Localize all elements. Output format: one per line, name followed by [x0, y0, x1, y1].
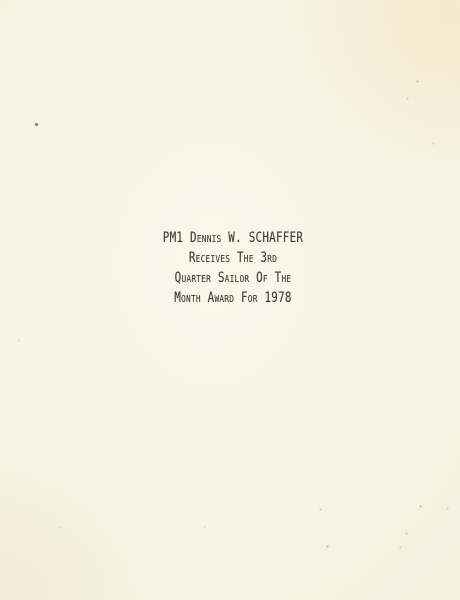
caption-line-4: Month Award For 1978 — [54, 288, 413, 308]
paper-specks — [0, 0, 1, 1]
photo-caption: PM1 Dennis W. SCHAFFER Receives The 3rd … — [54, 228, 413, 308]
caption-line-1: PM1 Dennis W. SCHAFFER — [54, 228, 413, 248]
caption-line-3: Quarter Sailor Of The — [54, 268, 413, 288]
paper-dot — [35, 123, 38, 126]
album-page: PM1 Dennis W. SCHAFFER Receives The 3rd … — [0, 0, 460, 600]
caption-line-2: Receives The 3rd — [54, 248, 413, 268]
